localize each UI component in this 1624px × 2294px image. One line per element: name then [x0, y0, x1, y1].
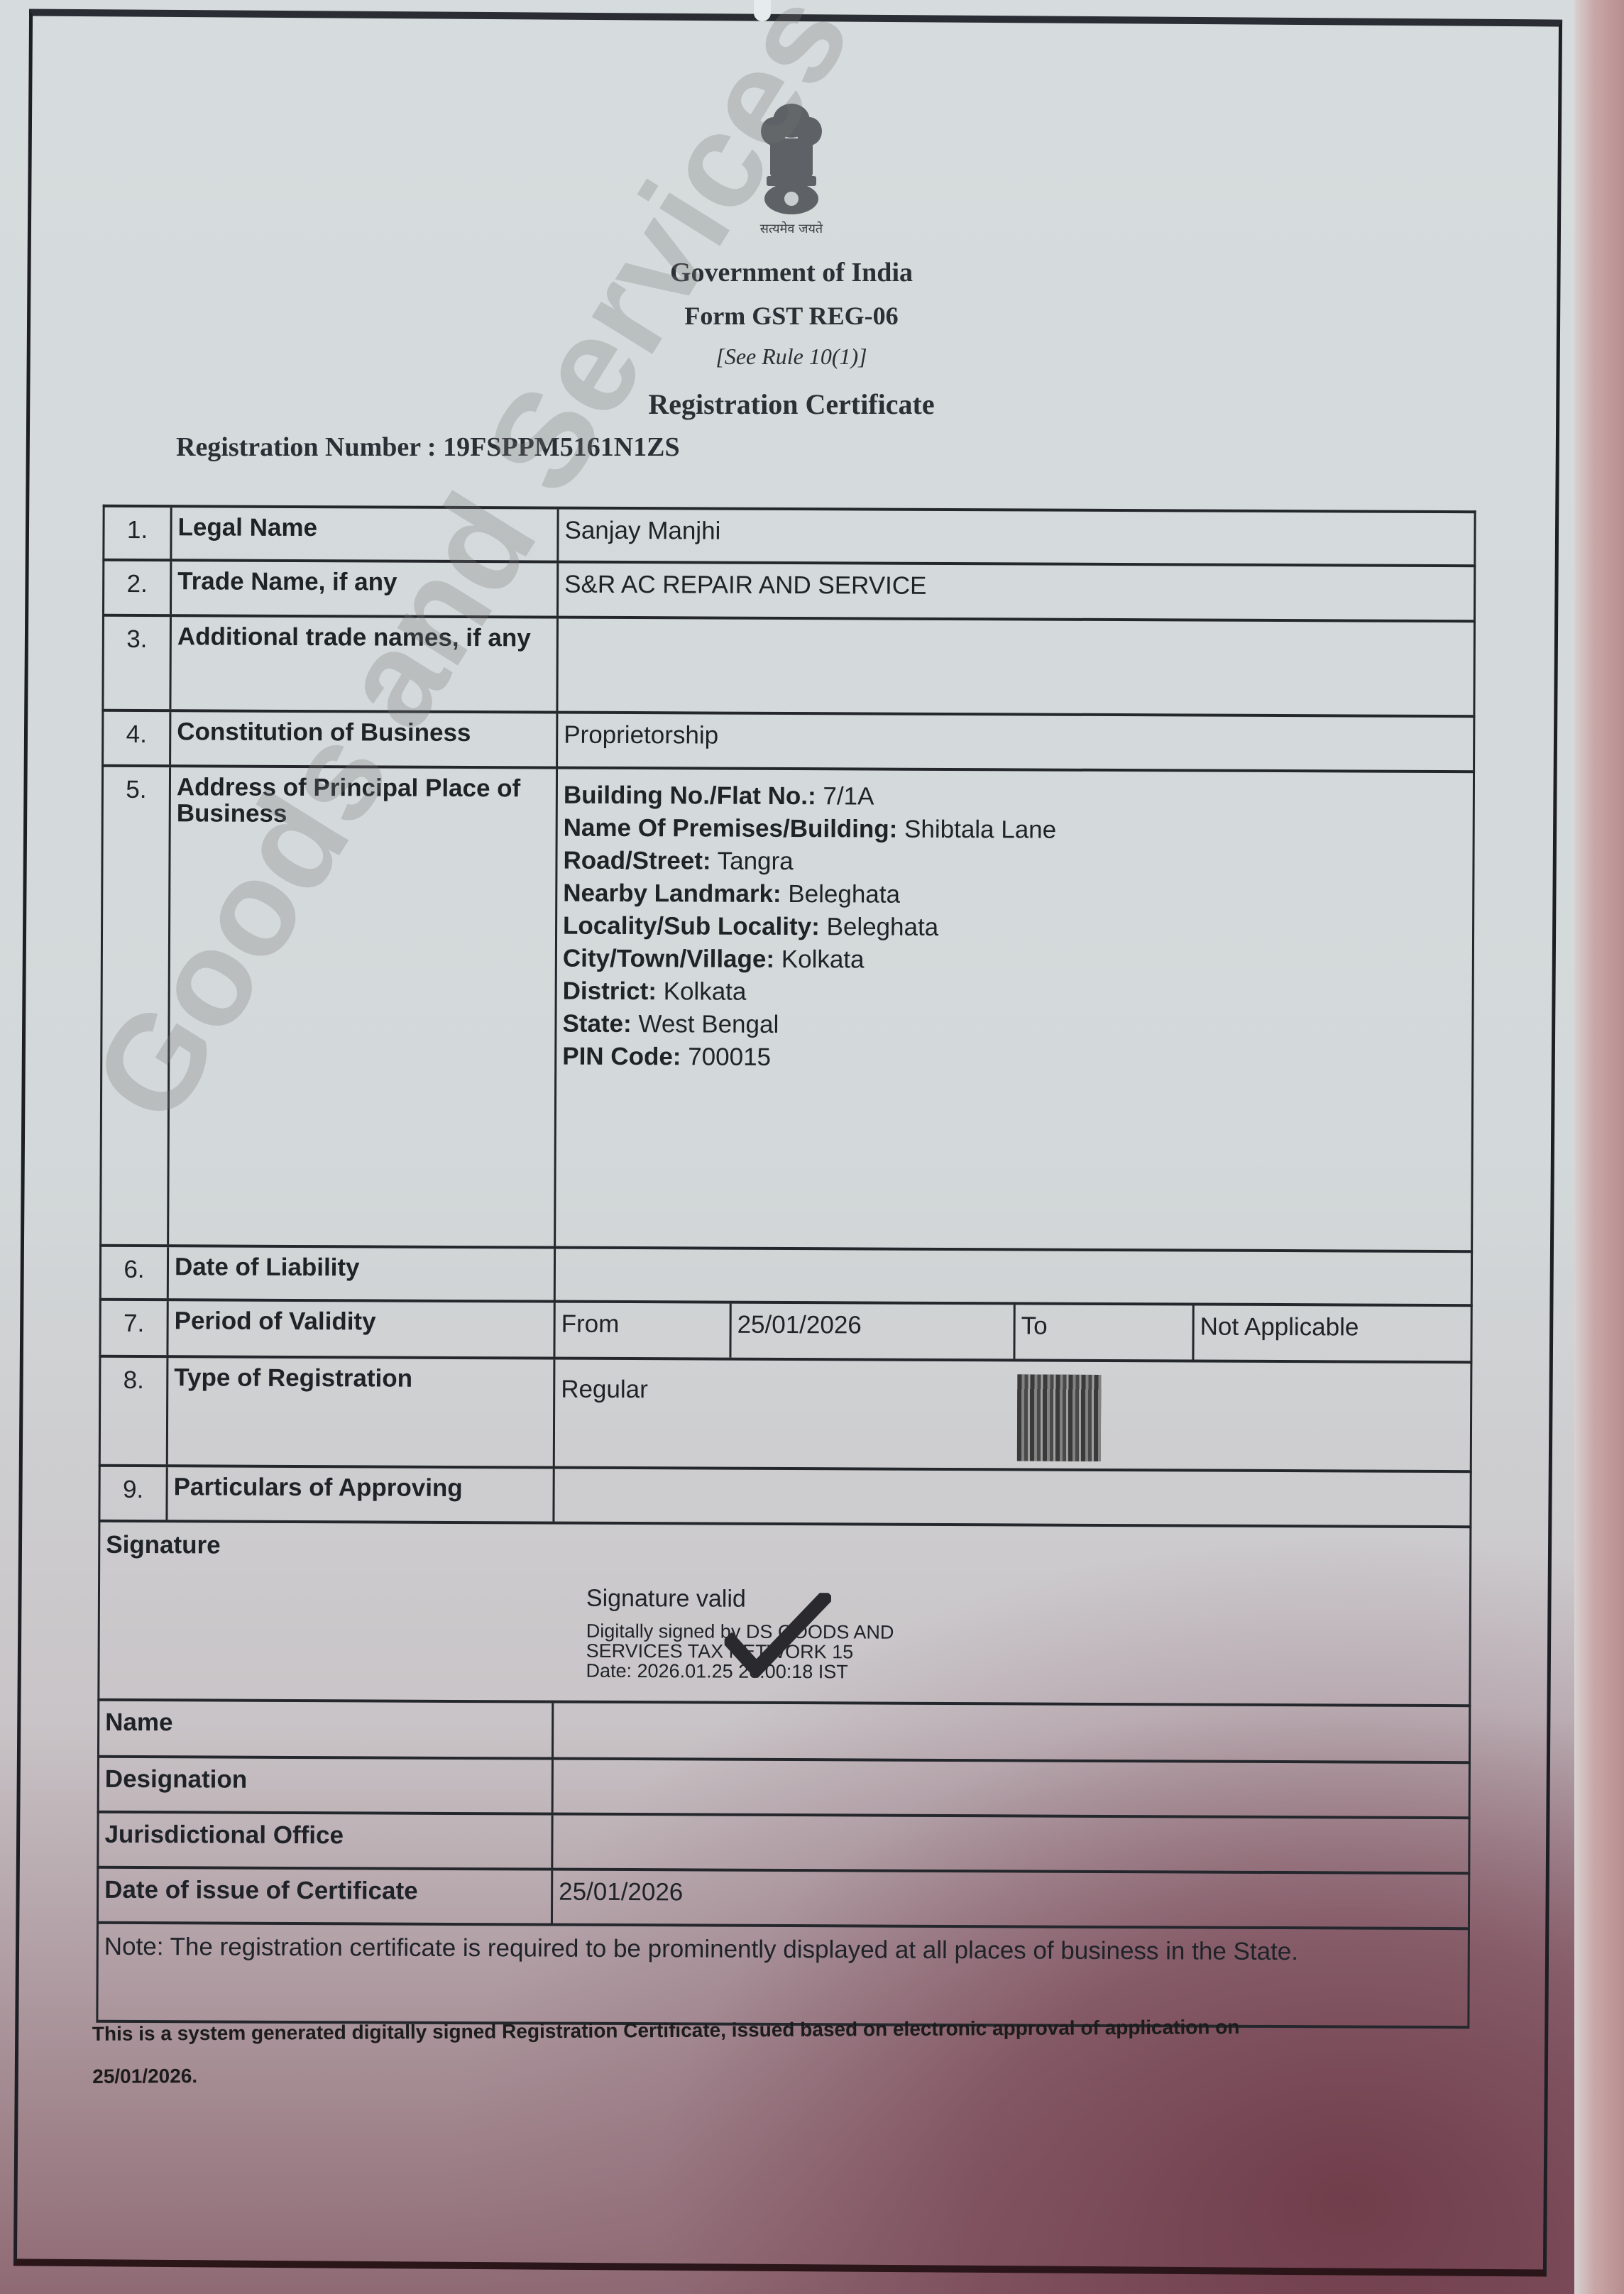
- validity-from-label: From: [555, 1303, 731, 1358]
- row-number: 5.: [101, 767, 171, 1244]
- address-premises: Name Of Premises/Building: Shibtala Lane: [564, 812, 1467, 849]
- row-value: S&R AC REPAIR AND SERVICE: [559, 564, 1474, 620]
- row-number: 7.: [101, 1301, 168, 1355]
- address-state: State: West Bengal: [562, 1008, 1466, 1045]
- table-row-designation: Designation: [97, 1755, 1471, 1816]
- table-row-officer-name: Name: [97, 1698, 1471, 1761]
- row-number: 8.: [101, 1358, 169, 1464]
- table-row-date-of-issue: Date of issue of Certificate 25/01/2026: [97, 1866, 1470, 1927]
- digital-signature-block: Signature valid Digitally signed by DS G…: [586, 1585, 894, 1682]
- row-number: 6.: [101, 1247, 169, 1298]
- row-label: Type of Registration: [168, 1358, 556, 1466]
- punch-notch: [754, 0, 771, 21]
- row-label: Trade Name, if any: [172, 561, 559, 615]
- row-label: Particulars of Approving: [168, 1467, 554, 1521]
- address-district: District: Kolkata: [563, 975, 1466, 1012]
- row-number: 2.: [104, 561, 172, 614]
- address-landmark: Nearby Landmark: Beleghata: [563, 877, 1466, 914]
- table-row-particulars-of-approving: 9. Particulars of Approving: [98, 1464, 1471, 1525]
- government-heading: Government of India: [0, 257, 1583, 288]
- address-locality: Locality/Sub Locality: Beleghata: [563, 910, 1466, 947]
- address-road: Road/Street: Tangra: [563, 845, 1466, 882]
- table-row-type-of-registration: 8. Type of Registration Regular: [99, 1355, 1473, 1470]
- table-row-jurisdictional-office: Jurisdictional Office: [97, 1811, 1470, 1872]
- row-value: 25/01/2026: [553, 1871, 1468, 1928]
- address-pin: PIN Code: 700015: [562, 1041, 1466, 1077]
- row-label: Legal Name: [172, 507, 559, 560]
- validity-to-label: To: [1015, 1305, 1194, 1359]
- row-label: Date of issue of Certificate: [99, 1869, 553, 1923]
- row-label: Constitution of Business: [171, 712, 558, 766]
- row-value: [553, 1816, 1468, 1872]
- row-number: 3.: [104, 617, 172, 709]
- emblem-motto: सत्यमेव जयते: [749, 220, 834, 237]
- table-row-additional-trade-names: 3. Additional trade names, if any: [101, 614, 1476, 715]
- row-value: Sanjay Manjhi: [559, 510, 1474, 565]
- qr-code-icon: [1016, 1374, 1101, 1461]
- address-building: Building No./Flat No.: 7/1A: [564, 779, 1467, 816]
- registration-type-cell: Regular: [555, 1360, 1471, 1471]
- table-row-constitution: 4. Constitution of Business Proprietorsh…: [101, 709, 1475, 770]
- row-value: [554, 1469, 1469, 1526]
- row-label: Name: [99, 1701, 554, 1757]
- validity-from-date: 25/01/2026: [731, 1304, 1015, 1359]
- row-label: Jurisdictional Office: [99, 1813, 553, 1868]
- row-number: 4.: [104, 712, 171, 764]
- rule-reference: [See Rule 10(1)]: [0, 344, 1583, 370]
- table-row-period-of-validity: 7. Period of Validity From 25/01/2026 To…: [99, 1298, 1472, 1361]
- table-row-date-of-liability: 6. Date of Liability: [99, 1244, 1473, 1304]
- form-heading: Form GST REG-06: [0, 301, 1583, 331]
- row-label: Period of Validity: [168, 1301, 555, 1356]
- row-value: Proprietorship: [558, 714, 1473, 771]
- checkmark-icon: [724, 1593, 831, 1679]
- signature-label: Signature: [99, 1522, 226, 1699]
- national-emblem-icon: [745, 99, 838, 220]
- row-label: Address of Principal Place of Business: [169, 767, 558, 1246]
- registration-number-label: Registration Number :: [176, 432, 437, 462]
- certificate-title: Registration Certificate: [0, 388, 1583, 421]
- address-block: Building No./Flat No.: 7/1A Name Of Prem…: [556, 769, 1473, 1251]
- row-value: [558, 619, 1474, 715]
- row-label: Additional trade names, if any: [171, 617, 559, 710]
- row-label: Date of Liability: [169, 1247, 556, 1300]
- footer-line2: 25/01/2026.: [92, 2047, 1483, 2098]
- table-row-legal-name: 1. Legal Name Sanjay Manjhi: [102, 505, 1476, 564]
- row-value: [554, 1760, 1469, 1817]
- validity-to-value: Not Applicable: [1194, 1306, 1470, 1361]
- row-number: 1.: [104, 507, 172, 559]
- table-row-address: 5. Address of Principal Place of Busines…: [99, 764, 1475, 1250]
- registration-number: Registration Number : 19FSPPM5161N1ZS: [176, 432, 680, 463]
- address-city: City/Town/Village: Kolkata: [563, 943, 1466, 979]
- row-value: [556, 1249, 1471, 1305]
- table-row-trade-name: 2. Trade Name, if any S&R AC REPAIR AND …: [102, 559, 1476, 620]
- row-label: Designation: [99, 1758, 554, 1813]
- row-number: 9.: [100, 1467, 168, 1520]
- row-value: [554, 1703, 1469, 1762]
- registration-number-value: 19FSPPM5161N1ZS: [443, 432, 680, 462]
- signature-row: Signature Signature valid Digitally sign…: [97, 1520, 1471, 1704]
- registration-table: 1. Legal Name Sanjay Manjhi 2. Trade Nam…: [96, 505, 1476, 2029]
- system-generated-footer: This is a system generated digitally sig…: [92, 2004, 1484, 2098]
- row-value: Regular: [561, 1367, 648, 1460]
